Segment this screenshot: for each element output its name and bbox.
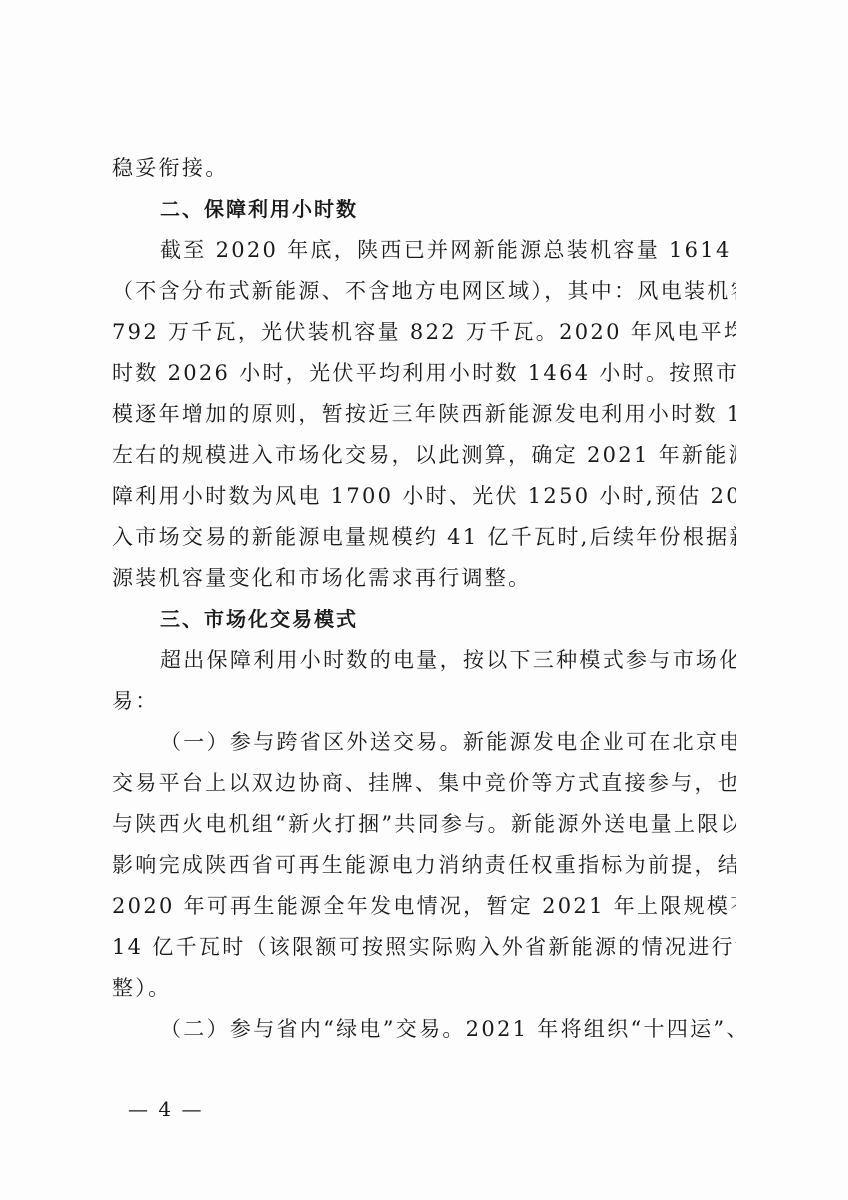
paragraph-line: 整）。 [112, 968, 736, 1009]
document-body: 稳妥衔接。 二、保障利用小时数 截至 2020 年底，陕西已并网新能源总装机容量… [112, 148, 736, 1050]
paragraph-line: 2020 年可再生能源全年发电情况，暂定 2021 年上限规模不超过 [112, 886, 736, 927]
section-heading-3: 三、市场化交易模式 [112, 599, 736, 640]
paragraph-line: 障利用小时数为风电 1700 小时、光伏 1250 小时,预估 2021 年进 [112, 476, 736, 517]
paragraph-line: 截至 2020 年底，陕西已并网新能源总装机容量 1614 万千瓦 [112, 230, 736, 271]
paragraph-line: 交易平台上以双边协商、挂牌、集中竞价等方式直接参与，也可 [112, 763, 736, 804]
paragraph-line: 源装机容量变化和市场化需求再行调整。 [112, 558, 736, 599]
paragraph-line: 左右的规模进入市场化交易，以此测算，确定 2021 年新能源保 [112, 435, 736, 476]
text-line: 稳妥衔接。 [112, 148, 736, 189]
paragraph-line: 时数 2026 小时，光伏平均利用小时数 1464 小时。按照市场化规 [112, 353, 736, 394]
document-page: 稳妥衔接。 二、保障利用小时数 截至 2020 年底，陕西已并网新能源总装机容量… [0, 0, 848, 1200]
paragraph-line: 超出保障利用小时数的电量，按以下三种模式参与市场化交 [112, 640, 736, 681]
section-heading-2: 二、保障利用小时数 [112, 189, 736, 230]
paragraph-line: 易： [112, 681, 736, 722]
paragraph-line: （二）参与省内“绿电”交易。2021 年将组织“十四运”、“残特 [112, 1009, 736, 1050]
paragraph-line: 入市场交易的新能源电量规模约 41 亿千瓦时,后续年份根据新能 [112, 517, 736, 558]
paragraph-line: 影响完成陕西省可再生能源电力消纳责任权重指标为前提，结合 [112, 845, 736, 886]
paragraph-line: 与陕西火电机组“新火打捆”共同参与。新能源外送电量上限以不 [112, 804, 736, 845]
page-number: — 4 — [128, 1097, 203, 1121]
paragraph-line: 792 万千瓦，光伏装机容量 822 万千瓦。2020 年风电平均利用小 [112, 312, 736, 353]
paragraph-line: （一）参与跨省区外送交易。新能源发电企业可在北京电力 [112, 722, 736, 763]
paragraph-line: 14 亿千瓦时（该限额可按照实际购入外省新能源的情况进行调 [112, 927, 736, 968]
paragraph-line: 模逐年增加的原则，暂按近三年陕西新能源发电利用小时数 15% [112, 394, 736, 435]
paragraph-line: （不含分布式新能源、不含地方电网区域），其中：风电装机容量 [112, 271, 736, 312]
